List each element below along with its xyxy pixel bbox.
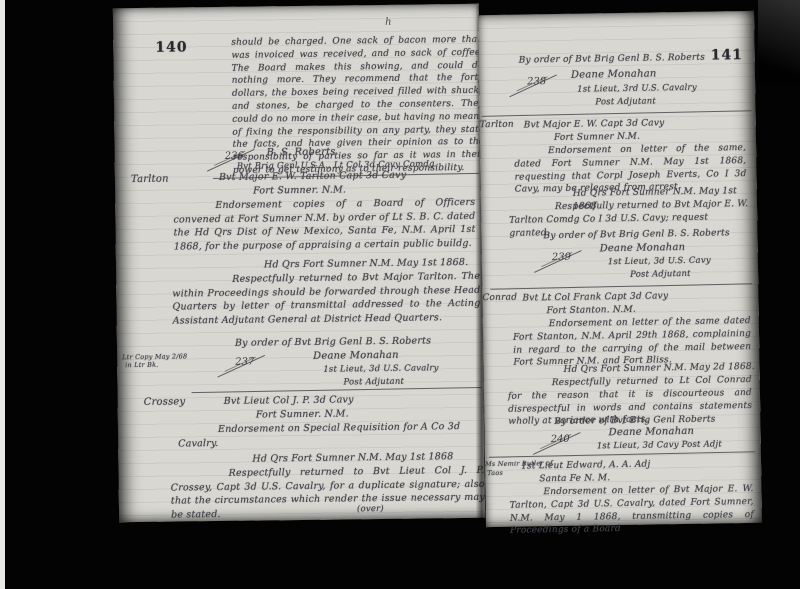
margin-label-crossey: Crossey	[144, 395, 186, 409]
butler-addressee: 1st Lieut Edward, A. A. Adj	[521, 459, 651, 474]
margin-label-tarlton: Tarlton	[131, 173, 169, 187]
crossey-station: Fort Sumner. N.M.	[256, 407, 349, 422]
margin-label-tarlton-right: Tarlton	[480, 119, 514, 132]
tarlton-r-order-line: By order of Bvt Brig Genl B. S. Roberts	[543, 227, 729, 243]
tarlton-order-line: By order of Bvt Brig Genl B. S. Roberts	[235, 334, 431, 350]
tarlton-signature-name: Deane Monahan	[313, 349, 399, 364]
tarlton-abstract: Endorsement copies of a Board of Officer…	[173, 196, 476, 254]
tarlton-r-signature-role: Post Adjutant	[630, 268, 691, 281]
tarlton-r-signature-name: Deane Monahan	[600, 241, 686, 256]
conrad-addressee: Bvt Lt Col Frank Capt 3d Cavy	[522, 290, 668, 305]
entry-number-239: 239	[538, 252, 585, 264]
stray-ink-mark: h	[385, 17, 392, 28]
carryover-signature-role: Post Adjutant	[595, 95, 656, 108]
closing-signature-name: B. S. Roberts	[267, 146, 336, 160]
conrad-signature-rank: 1st Lieut, 3d Cavy Post Adjt	[597, 438, 722, 452]
tarlton-station: Fort Sumner. N.M.	[253, 183, 346, 198]
entry-number-236: 236	[211, 150, 258, 162]
film-edge-strip	[0, 0, 5, 589]
entry-number-238: 238	[513, 76, 560, 88]
tarlton-r-signature-rank: 1st Lieut, 3d U.S. Cavy	[608, 255, 711, 269]
tarlton-addressee: Bvt Major E. W. Tarlton Capt 3d Cavy	[219, 169, 406, 185]
margin-label-conrad: Conrad	[482, 292, 517, 305]
conrad-signature-name: Deane Monahan	[608, 425, 694, 440]
over-mark: (over)	[357, 503, 384, 515]
entry-divider-rule	[192, 387, 482, 393]
scan-corner-smudge	[758, 0, 800, 84]
page-number-left: 140	[155, 39, 187, 55]
microfilm-scan: 140 h should be charged. One sack of bac…	[0, 0, 800, 589]
carryover-signature-name: Deane Monahan	[571, 67, 657, 82]
tarlton-r-station: Fort Sumner N.M.	[554, 131, 640, 145]
butler-station: Santa Fe N. M.	[539, 472, 610, 486]
ledger-page-141: 141 By order of Bvt Brig Genl B. S. Robe…	[478, 11, 762, 527]
conrad-station: Fort Stanton. N.M.	[547, 304, 636, 318]
margin-label-butler-2: Taos	[487, 469, 503, 477]
tarlton-signature-rank: 1st Lieut, 3d U.S. Cavalry	[323, 362, 439, 375]
entry-number-240: 240	[537, 434, 584, 446]
butler-abstract: Endorsement on letter of Bvt Major E. W.…	[509, 483, 754, 538]
crossey-addressee: Bvt Lieut Col J. P. 3d Cavy	[224, 393, 354, 408]
entry-divider-rule	[490, 283, 752, 289]
tarlton-r-addressee: Bvt Major E. W. Capt 3d Cavy	[524, 117, 665, 132]
carryover-signature-rank: 1st Lieut, 3rd U.S. Cavalry	[577, 82, 697, 96]
crossey-abstract: Endorsement on Special Requisition for A…	[178, 420, 478, 451]
tarlton-reply-text: Respectfully returned to Bvt Major Tarlt…	[172, 270, 481, 328]
entry-divider-rule	[482, 110, 752, 117]
page-number-right: 141	[711, 47, 743, 64]
entry-number-237: 237	[221, 356, 268, 368]
carryover-order-line: By order of Bvt Brig Genl B. S. Roberts	[519, 52, 705, 68]
tarlton-margin-note-2: in Ltr Bk.	[125, 361, 158, 369]
ledger-page-140: 140 h should be charged. One sack of bac…	[113, 4, 485, 522]
tarlton-signature-role: Post Adjutant	[343, 376, 404, 389]
crossey-reply-text: Respectfully returned to Bvt Lieut Col J…	[170, 464, 485, 522]
entry-divider-rule	[489, 451, 755, 458]
